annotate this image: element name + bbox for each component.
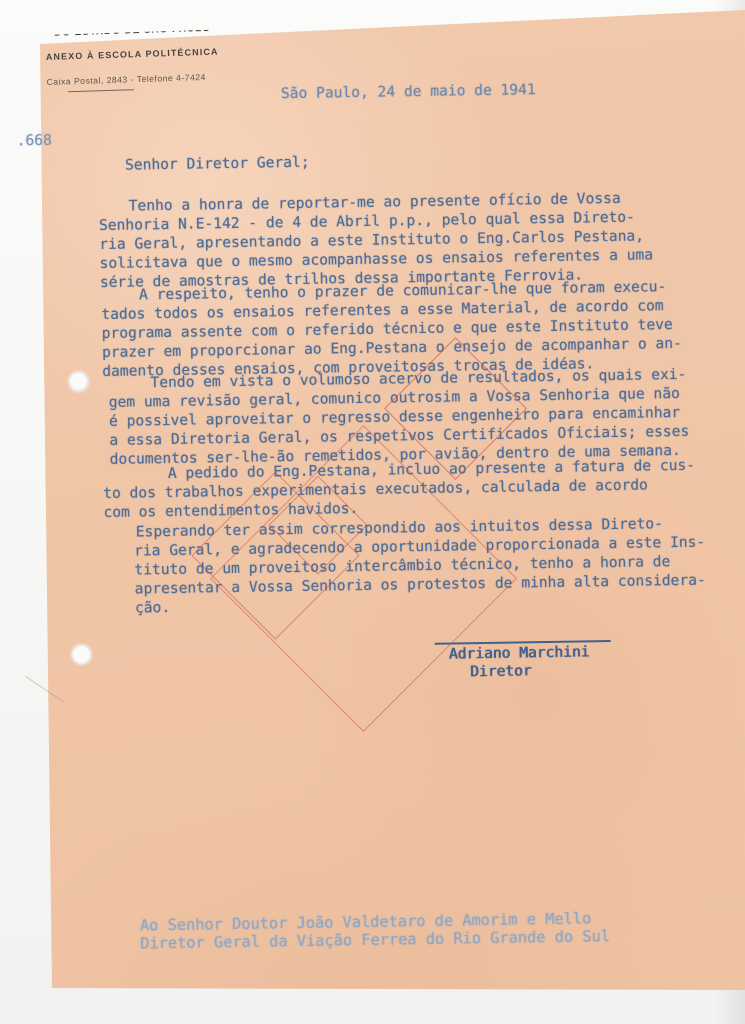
salutation: Senhor Diretor Geral; [125, 154, 310, 176]
reference-number: .668 [17, 132, 52, 151]
punch-hole-top [68, 371, 89, 392]
punch-hole-bottom [71, 644, 92, 665]
signature-name: Adriano Marchini [449, 643, 590, 664]
paragraph-1: Tenho a honra de reportar-me ao presente… [99, 188, 722, 292]
dateline: São Paulo, 24 de maio de 1941 [281, 81, 536, 104]
signature-title: Diretor [470, 662, 532, 682]
scan-background: DO ESTADO DE SÃO PAULO ANEXO À ESCOLA PO… [0, 0, 745, 1024]
